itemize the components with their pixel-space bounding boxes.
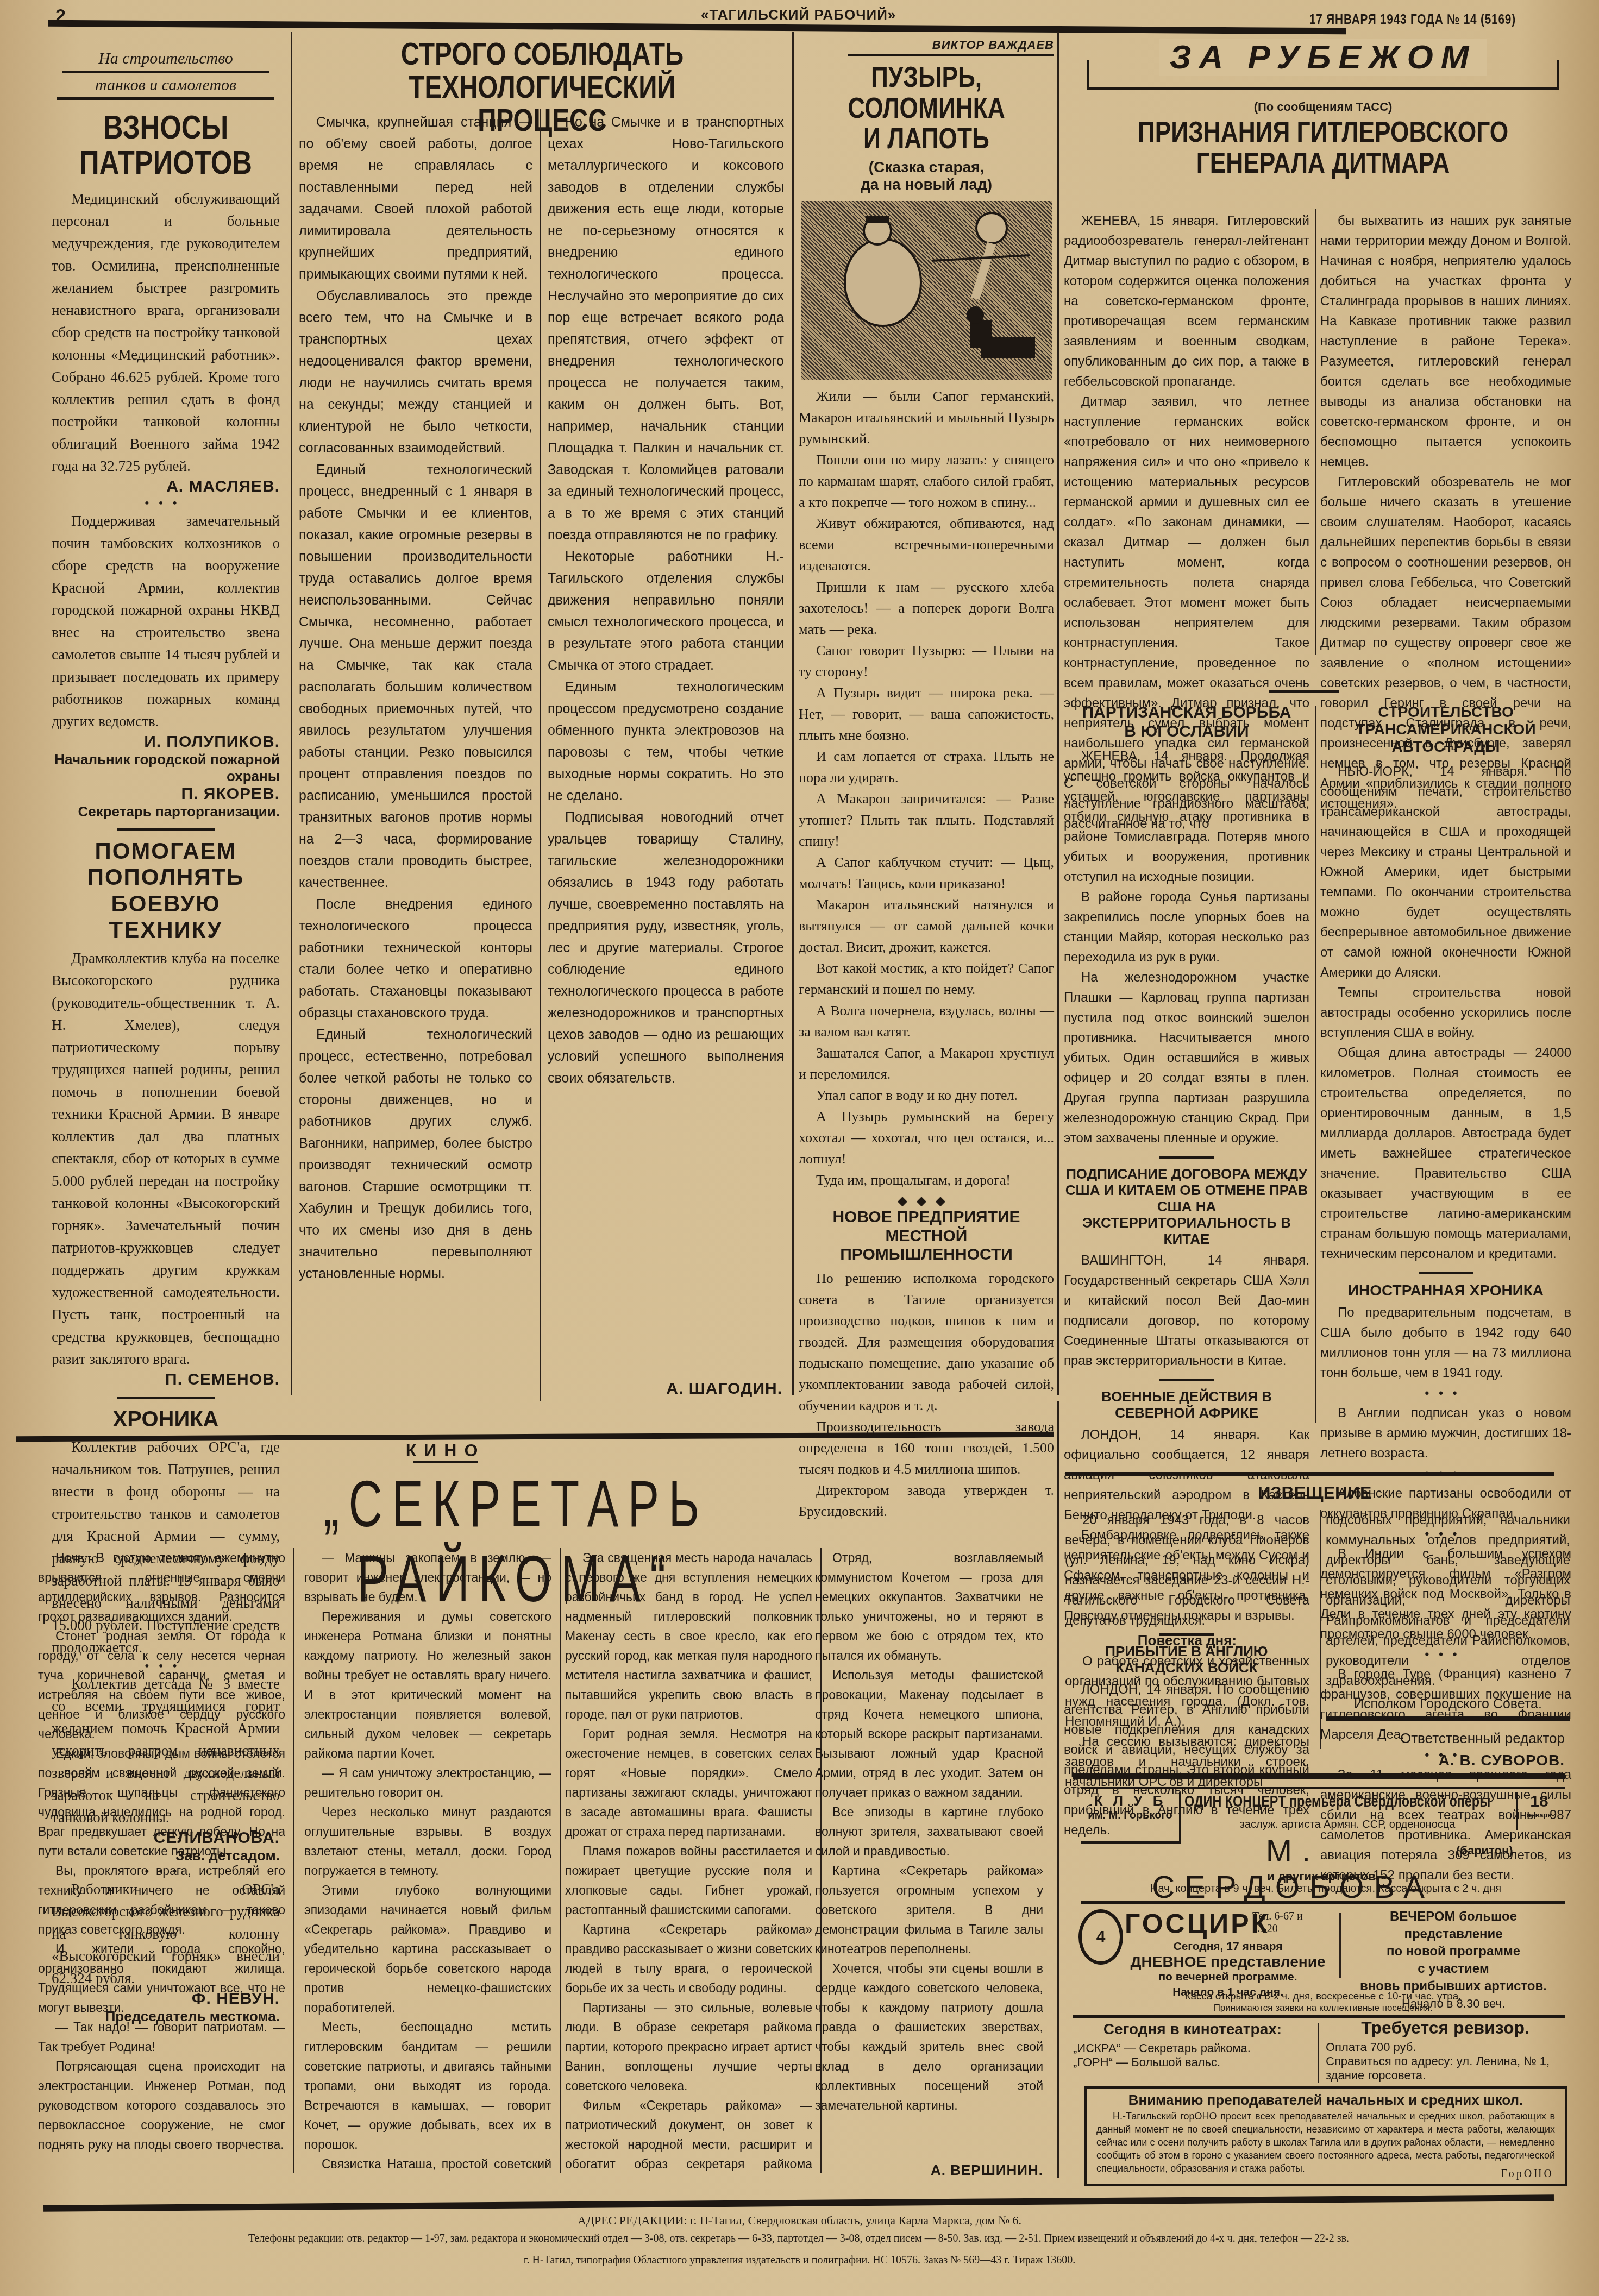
footer-phones: Телефоны редакции: отв. редактор — 1-97,… [33,2232,1565,2245]
rubric: ЗА РУБЕЖОМ [1065,38,1581,77]
teachers-from: ГорОНО [1501,2168,1554,2180]
voice-type: (баритон) [1456,1844,1513,1858]
section-title: ХРОНИКА [52,1407,280,1432]
day-show-title: ДНЕВНОЕ представление [1127,1954,1328,1970]
paragraph: Упал сапог в воду и ко дну потел. [799,1085,1054,1106]
notice-left: 20 января 1943 года, в 8 часов вечера, в… [1065,1510,1309,1792]
article-title: ПОМОГАЕМ ПОПОЛНЯТЬ БОЕВУЮ ТЕХНИКУ [52,838,280,943]
concert-subtitle: заслуж. артиста Армян. ССР, орденоносца [1206,1819,1489,1831]
club-name: К Л У Б [1081,1792,1179,1809]
paragraph: Партизаны — это сильные, волевые люди. В… [565,1998,812,2096]
author: ВИКТОР ВАЖДАЕВ [799,38,1054,52]
paragraph: Эта священная месть народа началась с пе… [565,1548,812,1724]
review-column: Отряд, возглавляемый коммунистом Кочетом… [815,1548,1043,2173]
circus-name: ГОСЦИРК [1125,1908,1270,1940]
paragraph: Месть, беспощадно мстить гитлеровским ба… [304,2017,551,2154]
signature: А. ВЕРШИНИН. [869,2162,1043,2179]
paragraph: — Машины закопаем в землю, — говорит инж… [304,1548,551,1607]
signature-role: Секретарь парторганизации. [52,803,280,820]
notice-text: 20 января 1943 года, в 8 часов вечера, в… [1065,1510,1309,1631]
circus-phone: Тел. 6-67 и 13-20 [1252,1910,1307,1935]
paragraph: Смычка, крупнейшая станция — по об'ему с… [299,111,532,285]
editor-name: А. В. СУВОРОВ. [1326,1752,1565,1769]
subtitle-line: да на новый лад) [799,176,1054,193]
paragraph: На железнодорожном участке Плашки — Карл… [1064,967,1309,1148]
paragraph: А Волга почернела, вздулась, волны — за … [799,1000,1054,1042]
article-title: ВОЕННЫЕ ДЕЙСТВИЯ В СЕВЕРНОЙ АФРИКЕ [1064,1389,1309,1421]
cinemas-today: Сегодня в кинотеатрах: „ИСКРА“ — Секрета… [1073,2021,1312,2080]
cinemas-title: Сегодня в кинотеатрах: [1073,2021,1312,2038]
paragraph: Все эпизоды в картине глубоко волнуют зр… [815,1802,1043,1861]
paragraph: Картина «Секретарь райкома» пользуется о… [815,1861,1043,1959]
column-divider [293,1548,294,2173]
paragraph: Темпы строительства новой автострады осо… [1320,983,1571,1043]
concert-headline: ОДИН КОНЦЕРТ премьера Свердловской оперы [1184,1792,1439,1811]
column-divider [1315,706,1316,1423]
article-text: По решению исполкома городского совета в… [799,1268,1054,1522]
title-line: ПУЗЫРЬ, СОЛОМИНКА [822,62,1031,123]
paragraph: ЖЕНЕВА, 14 января. Продолжая успешно гро… [1064,746,1309,887]
source: (По сообщениям ТАСС) [1065,100,1581,114]
paragraph: бы выхватить из наших рук занятые нами т… [1320,211,1571,472]
paragraph: Туда им, прощалыгам, и дорога! [799,1169,1054,1191]
divider [117,828,215,831]
paragraph: А Пузырь видит — широка река. — Нет, — г… [799,682,1054,746]
title-line: И ЛАПОТЬ [822,123,1031,154]
paragraph: Вот какой мостик, а кто пойдет? Сапог ге… [799,958,1054,1000]
paragraph: НЬЮ-ЙОРК, 14 января. По сообщениям печат… [1320,762,1571,983]
rubric: КИНО [391,1440,500,1461]
cinema-row: „ИСКРА“ — Секретарь райкома. [1073,2041,1312,2055]
column-divider [1315,209,1316,655]
title-line: В ЮГОСЛАВИИ [1064,722,1309,741]
paragraph: Стонет родная земля. От города к городу,… [38,1626,285,1744]
paragraph: Едкий, зловонный дым войны стелется по п… [38,1744,285,1861]
article-text: Медицинский обслуживающий персонал и бол… [52,188,280,477]
divider [117,1397,215,1399]
paragraph: Переживания и думы советского инженера Р… [304,1607,551,1763]
rubric-line: танков и самолетов [52,74,280,96]
paragraph: Пошли они по миру лазать: у спящего по к… [799,449,1054,513]
paragraph: Ночь. В густую темноту ежеминутно врываю… [38,1548,285,1626]
evening-line: ВЕЧЕРОМ большое представление [1350,1908,1557,1943]
signature: П. ЯКОРЕВ. [52,785,280,803]
review-column: — Машины закопаем в землю, — говорит инж… [304,1548,551,2173]
article-text: Драмколлектив клуба на поселке Высокогор… [52,947,280,1370]
article-title: СТРОИТЕЛЬСТВО ТРАНСАМЕРИКАНСКОЙ АВТОСТРА… [1320,703,1571,756]
article-column-right: Но на Смычке и в транспортных цехах Ново… [548,111,784,1089]
divider [1269,690,1339,693]
paragraph: После внедрения единого технологического… [299,894,532,1024]
article-text: ЖЕНЕВА, 14 января. Продолжая успешно гро… [1064,746,1309,1148]
footer-print: г. Н-Тагил, типография Областного управл… [0,2254,1599,2267]
circus-ad: 4 ГОСЦИРК Тел. 6-67 и 13-20 Сегодня, 17 … [1073,1904,1565,2018]
paragraph: Жили — были Сапог германский, Макарон ит… [799,386,1054,449]
article-title: ПОДПИСАНИЕ ДОГОВОРА МЕЖДУ США И КИТАЕМ О… [1064,1166,1309,1247]
signature: А. МАСЛЯЕВ. [52,477,280,496]
title-line: МЕСТНОЙ ПРОМЫШЛЕННОСТИ [799,1227,1054,1265]
day-prog: по вечерней программе. [1127,1970,1328,1985]
chronicle-item: В Англии подписан указ о новом призыве в… [1320,1403,1571,1463]
paragraph: Картина «Секретарь райкома» правдиво рас… [565,1920,812,1998]
column-divider [540,109,541,1401]
evening-line: по новой программе [1350,1943,1557,1960]
auditor-ad: Требуется ревизор. Оплата 700 руб. Справ… [1326,2018,1565,2083]
column-abroad: ЗА РУБЕЖОМ (По сообщениям ТАСС) ПРИЗНАНИ… [1065,38,1581,179]
paragraph: А Пузырь румынский на берегу хохотал — х… [799,1106,1054,1169]
rubric-line: На строительство [52,48,280,70]
separator: ◆◆◆ [799,1194,1054,1208]
agenda-label: Повестка дня: [1065,1633,1309,1649]
article-title: ПУЗЫРЬ, СОЛОМИНКА И ЛАПОТЬ [822,62,1031,154]
rubric-box: ЗА РУБЕЖОМ [1065,38,1581,92]
today: Сегодня, 17 января [1127,1939,1328,1954]
notice-from: Исполком Городского Совета. [1326,1694,1570,1714]
paragraph: Вы, проклятого врага, истребляй его техн… [38,1861,285,1939]
title-line: ПРИЗНАНИЯ ГИТЛЕРОВСКОГО [1112,117,1535,148]
invited-text: На сессию вызываются: директоры заводов … [1065,1732,1309,1792]
footer-address: АДРЕС РЕДАКЦИИ: г. Н-Тагил, Свердловская… [0,2213,1599,2228]
paragraph: Но на Смычке и в транспортных цехах Ново… [548,111,784,546]
paragraph: Макарон итальянский натянулся и вытянулс… [799,894,1054,958]
paragraph: Хочется, чтобы эти сцены вошли в сердце … [815,1959,1043,2115]
paragraph: По решению исполкома городского совета в… [799,1268,1054,1416]
teachers-text: Н.-Тагильский горОНО просит всех препода… [1087,2109,1565,2176]
paragraph: ЖЕНЕВА, 15 января. Гитлеровский радиообо… [1064,211,1309,392]
column-divider [792,32,794,1395]
signature-role: Начальник городской пожарной охраны [52,751,280,785]
paragraph: Подписывая новогодний отчет уральцев тов… [548,807,784,1089]
circus-logo: 4 [1078,1909,1123,1965]
paragraph: Производительность завода определена в 1… [799,1416,1054,1480]
column-divider [560,1548,561,2173]
paper-name: «ТАГИЛЬСКИЙ РАБОЧИЙ» [701,7,896,23]
paragraph: Зашатался Сапог, а Макарон хрустнул и пе… [799,1042,1054,1085]
signature: И. ПОЛУПИКОВ. [52,733,280,751]
paragraph: Потрясающая сцена происходит на электрос… [38,2056,285,2154]
separator: ••• [52,496,280,510]
signature: П. СЕМЕНОВ. [52,1370,280,1389]
concert-footer: Нач. концерта в 9 ч. веч. Билеты продают… [1092,1883,1559,1895]
subtitle: (Сказка старая, да на новый лад) [799,159,1054,193]
paragraph: Отряд, возглавляемый коммунистом Кочетом… [815,1548,1043,1665]
review-column: Эта священная месть народа началась с пе… [565,1548,812,2173]
paragraph: Обуславливалось это прежде всего тем, чт… [299,285,532,459]
paragraph: Директором завода утвержден т. Брусидовс… [799,1480,1054,1522]
paragraph: — Так надо! — говорит патриотам. — Так т… [38,2017,285,2056]
chronicle-item: По предварительным подсчетам, в США было… [1320,1303,1571,1383]
divider [1159,1156,1214,1159]
paragraph: А Макарон запричитался: — Разве утопнет?… [799,788,1054,852]
divider [1326,1716,1570,1721]
divider [1339,1913,1341,1978]
paragraph: Этими глубоко волнующими эпизодами начин… [304,1880,551,2017]
article-title: ВЗНОСЫ ПАТРИОТОВ [72,110,259,180]
newspaper-page: 2 «ТАГИЛЬСКИЙ РАБОЧИЙ» 17 ЯНВАРЯ 1943 ГО… [0,0,1599,2296]
cashbox: Касса открыта с 8-х ч. дня, воскресенье … [1117,1991,1529,2003]
section-title: ИНОСТРАННАЯ ХРОНИКА [1320,1282,1571,1299]
article-column-left: Смычка, крупнейшая станция — по об'ему с… [299,111,532,1285]
paragraph: А Сапог каблучком стучит: — Цыц, молчать… [799,852,1054,894]
article-text: Поддерживая замечательный почин тамбовск… [52,510,280,733]
section-rule [1065,1472,1554,1476]
concert-ad: К Л У Б им. М. Горького ОДИН КОНЦЕРТ пре… [1081,1787,1565,1904]
paragraph: Пришли к нам — русского хлеба захотелось… [799,576,1054,640]
others: и других артистов. [1081,1870,1565,1884]
evening-line: с участием [1350,1960,1557,1978]
subtitle-line: (Сказка старая, [799,159,1054,176]
concert-date: 18 января [1516,1792,1561,1830]
column-divider [1320,1510,1321,1749]
paragraph: Единый технологический процесс, естестве… [299,1024,532,1285]
paragraph: Единым технологическим процессом предусм… [548,676,784,807]
column-divider [1057,1401,1059,2178]
paragraph: Единый технологический процесс, внедренн… [299,459,532,894]
paragraph: Живут обжираются, обпиваются, над всеми … [799,513,1054,576]
divider [1419,1272,1473,1274]
title-line: ГЕНЕРАЛА ДИТМАРА [1112,148,1535,179]
article-text: ВАШИНГТОН, 14 января. Государственный се… [1064,1250,1309,1371]
article-text: НЬЮ-ЙОРК, 14 января. По сообщениям печат… [1320,762,1571,1264]
club-name: им. М. Горького [1081,1809,1179,1822]
divider [1318,2023,1319,2083]
article-title: ПАРТИЗАНСКАЯ БОРЬБА В ЮГОСЛАВИИ [1064,703,1309,741]
notice-text: подсобных предприятий, начальники коммун… [1326,1510,1570,1691]
editor-label: Ответственный редактор [1326,1730,1565,1747]
notice-right: подсобных предприятий, начальники коммун… [1326,1510,1570,1714]
issue-date: 17 ЯНВАРЯ 1943 ГОДА № 14 (5169) [1309,11,1516,28]
title-line: НОВОЕ ПРЕДПРИЯТИЕ [799,1208,1054,1227]
title-line: ПАРТИЗАНСКАЯ БОРЬБА [1064,703,1309,722]
paragraph: И сам лопается от страха. Плыть не пора … [799,746,1054,788]
cartoon-image [801,201,1052,380]
paragraph: Некоторые работники Н.-Тагильского отдел… [548,546,784,676]
column-divider [291,32,292,1395]
paragraph: — Я сам уничтожу электростанцию, — решит… [304,1763,551,1802]
teachers-notice: Вниманию преподавателей начальных и сред… [1084,2086,1567,2186]
cinema-row: „ГОРН“ — Большой вальс. [1073,2055,1312,2069]
column-fairytale: ВИКТОР ВАЖДАЕВ ПУЗЫРЬ, СОЛОМИНКА И ЛАПОТ… [799,38,1054,1522]
group-visits: Принимаются заявки на коллективные посещ… [1117,2003,1529,2014]
paragraph: Фильм «Секретарь райкома» — патриотическ… [565,2096,812,2173]
rubric: На строительство танков и самолетов [52,48,280,100]
footer-rule [43,2194,1554,2211]
column-divider [1057,32,1059,1395]
title-line: СТРОГО СОБЛЮДАТЬ [342,38,743,71]
rubric-underline [413,1461,478,1463]
rubric-text: ЗА РУБЕЖОМ [1159,39,1488,76]
ad-rule [1073,1773,1565,1779]
divider [1159,1379,1214,1381]
article-title: ПРИЗНАНИЯ ГИТЛЕРОВСКОГО ГЕНЕРАЛА ДИТМАРА [1112,117,1535,178]
signature: А. ШАГОДИН. [652,1380,782,1398]
separator: ••• [1320,1383,1571,1403]
masthead-rule [48,20,1346,35]
paragraph: Общая длина автострады — 24000 километро… [1320,1043,1571,1264]
review-column: Ночь. В густую темноту ежеминутно врываю… [38,1548,285,2173]
paragraph: Пламя пожаров войны расстилается и пожир… [565,1841,812,1920]
paragraph: Горит родная земля. Несмотря на ожесточе… [565,1724,812,1841]
paragraph: И жители города спокойно, организованно … [38,1939,285,2017]
teachers-title: Вниманию преподавателей начальных и сред… [1087,2092,1565,2109]
auditor-pay: Оплата 700 руб. [1326,2040,1565,2054]
date-month: января [1518,1811,1561,1819]
auditor-address: Справиться по адресу: ул. Ленина, № 1, з… [1326,2054,1565,2083]
agenda-text: О работе советских и хозяйственных орган… [1065,1651,1309,1732]
paragraph: Связистка Наташа, простой советский паре… [304,2154,551,2173]
paragraph: Используя методы фашистской провокации, … [815,1665,1043,1802]
article-title: НОВОЕ ПРЕДПРИЯТИЕ МЕСТНОЙ ПРОМЫШЛЕННОСТИ [799,1208,1054,1265]
cartoon-drawing [801,201,1052,380]
paragraph: В районе города Сунья партизаны закрепил… [1064,887,1309,967]
date-day: 18 [1518,1792,1561,1811]
paragraph: Сапог говорит Пузырю: — Плыви на ту стор… [799,640,1054,682]
paragraph: Через несколько минут раздаются оглушите… [304,1802,551,1880]
auditor-title: Требуется ревизор. [1326,2018,1565,2038]
fairytale-text: Жили — были Сапог германский, Макарон ит… [799,386,1054,1191]
notice-title: ИЗВЕЩЕНИЕ [1065,1483,1565,1503]
